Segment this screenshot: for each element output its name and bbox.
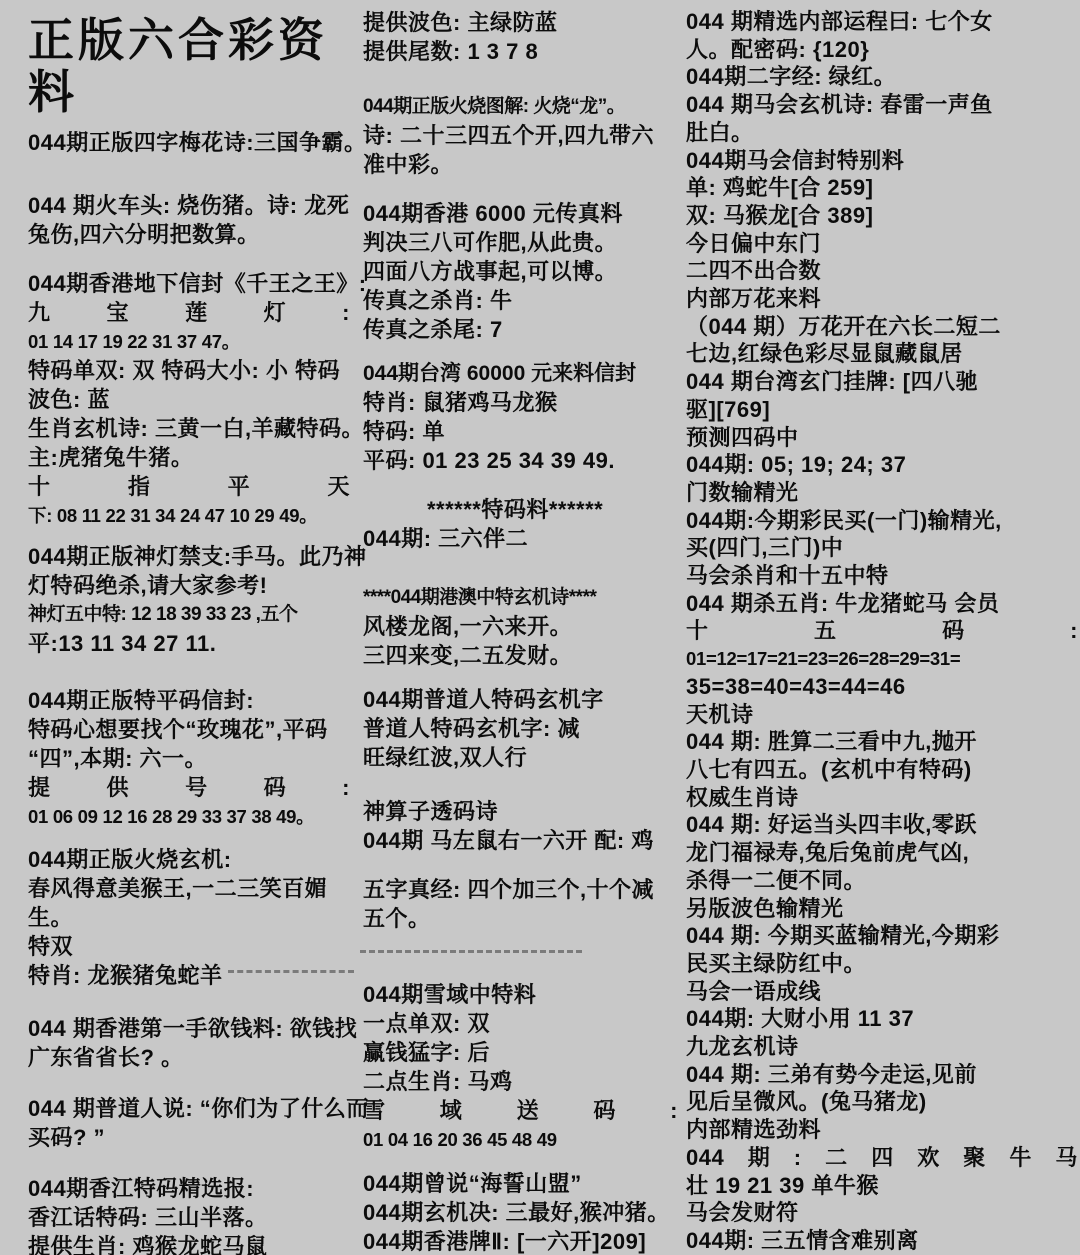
text-line: 044期正版四字梅花诗:三国争霸。 bbox=[28, 128, 350, 157]
text-line: 旺绿红波,双人行 bbox=[363, 743, 678, 772]
spread-token: 二 bbox=[825, 1144, 848, 1172]
text-block: 044期曾说“海誓山盟”044期玄机决: 三最好,猴冲猪。044期香港牌Ⅱ: [… bbox=[363, 1169, 678, 1255]
text-line: 十指平天 bbox=[28, 472, 350, 501]
scan-artifact-dashes bbox=[228, 970, 354, 973]
text-line: 提供波色: 主绿防蓝 bbox=[363, 8, 678, 37]
spread-token: 雪 bbox=[363, 1096, 386, 1125]
text-line: 权威生肖诗 bbox=[686, 784, 1078, 812]
text-line: 预测四码中 bbox=[686, 424, 1078, 452]
spread-token: 指 bbox=[128, 472, 151, 501]
spread-token: 十 bbox=[28, 472, 51, 501]
page-title: 正版六合彩资料 bbox=[28, 14, 350, 118]
spread-token: 欢 bbox=[917, 1144, 940, 1172]
text-line: 赢钱猛字: 后 bbox=[363, 1038, 678, 1067]
text-block: 正版六合彩资料 bbox=[28, 14, 350, 118]
text-line: （044 期）万花开在六长二短二 bbox=[686, 313, 1078, 341]
text-block: 044期正版火烧图解: 火烧“龙”。诗: 二十三四五个开,四九带六准中彩。 bbox=[363, 92, 678, 179]
spread-token: 码 bbox=[264, 773, 287, 802]
spread-token: 宝 bbox=[107, 298, 130, 327]
text-line: 提供号码: bbox=[28, 773, 350, 802]
text-line: 风楼龙阁,一六来开。 bbox=[363, 612, 678, 641]
text-line: 044 期: 胜算二三看中九,抛开 bbox=[686, 728, 1078, 756]
text-line: 春风得意美猴王,一二三笑百媚 bbox=[28, 874, 350, 903]
text-line: 门数输精光 bbox=[686, 479, 1078, 507]
text-line: 肚白。 bbox=[686, 119, 1078, 147]
text-line: 兔伤,四六分明把数算。 bbox=[28, 220, 350, 249]
text-line: 01 04 16 20 36 45 48 49 bbox=[363, 1125, 678, 1154]
text-line: 01=12=17=21=23=26=28=29=31= bbox=[686, 645, 1078, 673]
text-line: 特码心想要找个“玫瑰花”,平码 bbox=[28, 715, 350, 744]
spread-token: 莲 bbox=[185, 298, 208, 327]
text-block: ******特码料******044期: 三六伴二 bbox=[363, 495, 678, 553]
text-block: 044期雪域中特料一点单双: 双赢钱猛字: 后二点生肖: 马鸡雪域送码:01 0… bbox=[363, 980, 678, 1154]
spread-token: 期 bbox=[748, 1144, 771, 1172]
text-line: 01 06 09 12 16 28 29 33 37 38 49。 bbox=[28, 802, 350, 831]
text-line: 四面八方战事起,可以博。 bbox=[363, 257, 678, 286]
text-block: 044期香港地下信封《千王之王》:九宝莲灯:01 14 17 19 22 31 … bbox=[28, 269, 350, 530]
text-line: 044期: 05; 19; 24; 37 bbox=[686, 451, 1078, 479]
text-line: 一点单双: 双 bbox=[363, 1009, 678, 1038]
text-line: 另版波色输精光 bbox=[686, 895, 1078, 923]
text-line: 诗: 二十三四五个开,四九带六 bbox=[363, 121, 678, 150]
spread-token: 聚 bbox=[963, 1144, 986, 1172]
text-line: 九宝莲灯: bbox=[28, 298, 350, 327]
text-line: 五个。 bbox=[363, 904, 678, 933]
text-line: 七边,红绿色彩尽显鼠藏鼠居 bbox=[686, 340, 1078, 368]
text-line: 044期香江特码精选报: bbox=[28, 1174, 350, 1203]
text-line: 044期:今期彩民买(一门)输精光, bbox=[686, 507, 1078, 535]
text-line: 特肖: 鼠猪鸡马龙猴 bbox=[363, 388, 678, 417]
spread-token: 牛 bbox=[1009, 1144, 1032, 1172]
spread-token: : bbox=[342, 298, 350, 327]
text-block: 044期香江特码精选报:香江话特码: 三山半落。提供生肖: 鸡猴龙蛇马鼠 bbox=[28, 1174, 350, 1255]
text-line: 特码单双: 双 特码大小: 小 特码 bbox=[28, 356, 350, 385]
text-line: 二点生肖: 马鸡 bbox=[363, 1067, 678, 1096]
spread-token: 提 bbox=[28, 773, 51, 802]
text-line: 044 期台湾玄门挂牌: [四八驰 bbox=[686, 368, 1078, 396]
text-line: 人。配密码: {120} bbox=[686, 36, 1078, 64]
text-line: 生肖玄机诗: 三黄一白,羊藏特码。 bbox=[28, 414, 350, 443]
text-block: 五字真经: 四个加三个,十个减五个。 bbox=[363, 875, 678, 933]
column-left: 正版六合彩资料044期正版四字梅花诗:三国争霸。044 期火车头: 烧伤猪。诗:… bbox=[28, 14, 350, 1255]
text-line: 044期: 三五情含难别离 bbox=[686, 1227, 1078, 1255]
spread-token: : bbox=[794, 1144, 802, 1172]
text-block: ****044期港澳中特玄机诗****风楼龙阁,一六来开。三四来变,二五发财。 bbox=[363, 583, 678, 670]
text-line: 二四不出合数 bbox=[686, 257, 1078, 285]
text-line: 平码: 01 23 25 34 39 49. bbox=[363, 446, 678, 475]
text-line: 044 期普道人说: “你们为了什么而 bbox=[28, 1094, 350, 1123]
text-block: 044期正版特平码信封:特码心想要找个“玫瑰花”,平码“四”,本期: 六一。提供… bbox=[28, 686, 350, 831]
text-line: 今日偏中东门 bbox=[686, 230, 1078, 258]
spread-token: : bbox=[342, 773, 350, 802]
text-line: 044期: 大财小用 11 37 bbox=[686, 1005, 1078, 1033]
spread-token: : bbox=[670, 1096, 678, 1125]
text-line: 特肖: 龙猴猪兔蛇羊 bbox=[28, 961, 350, 990]
text-line: 044期香港 6000 元传真料 bbox=[363, 199, 678, 228]
text-line: 35=38=40=43=44=46 bbox=[686, 673, 1078, 701]
text-line: 五字真经: 四个加三个,十个减 bbox=[363, 875, 678, 904]
text-line: 044期雪域中特料 bbox=[363, 980, 678, 1009]
spread-token: 域 bbox=[440, 1096, 463, 1125]
text-line: 双: 马猴龙[合 389] bbox=[686, 202, 1078, 230]
text-line: 单: 鸡蛇牛[合 259] bbox=[686, 174, 1078, 202]
text-line: 主:虎猪兔牛猪。 bbox=[28, 443, 350, 472]
text-line: 买(四门,三门)中 bbox=[686, 534, 1078, 562]
spread-token: 四 bbox=[871, 1144, 894, 1172]
text-line: 广东省省长? 。 bbox=[28, 1043, 350, 1072]
text-line: 买码? ” bbox=[28, 1123, 350, 1152]
text-line: 下: 08 11 22 31 34 24 47 10 29 49。 bbox=[28, 501, 350, 530]
text-block: 044 期火车头: 烧伤猪。诗: 龙死兔伤,四六分明把数算。 bbox=[28, 191, 350, 249]
spread-token: 送 bbox=[517, 1096, 540, 1125]
text-block: 044期台湾 60000 元来料信封特肖: 鼠猪鸡马龙猴特码: 单平码: 01 … bbox=[363, 359, 678, 475]
text-line: 马会发财符 bbox=[686, 1199, 1078, 1227]
text-line: 044期正版神灯禁支:手马。此乃神 bbox=[28, 542, 350, 571]
scanned-lottery-sheet: 正版六合彩资料044期正版四字梅花诗:三国争霸。044 期火车头: 烧伤猪。诗:… bbox=[0, 0, 1080, 1255]
text-line: 三四来变,二五发财。 bbox=[363, 641, 678, 670]
text-line: 044期正版火烧玄机: bbox=[28, 845, 350, 874]
text-line: ******特码料****** bbox=[363, 495, 678, 524]
text-block: 044期正版四字梅花诗:三国争霸。 bbox=[28, 128, 350, 157]
text-line: 天机诗 bbox=[686, 701, 1078, 729]
text-line: 波色: 蓝 bbox=[28, 385, 350, 414]
spread-token: 号 bbox=[185, 773, 208, 802]
text-line: 雪域送码: bbox=[363, 1096, 678, 1125]
spread-token: 九 bbox=[28, 298, 51, 327]
text-line: 特码: 单 bbox=[363, 417, 678, 446]
text-line: 01 14 17 19 22 31 37 47。 bbox=[28, 327, 350, 356]
text-line: 驱][769] bbox=[686, 396, 1078, 424]
text-line: 神算子透码诗 bbox=[363, 797, 678, 826]
text-line: 壮 19 21 39 单牛猴 bbox=[686, 1172, 1078, 1200]
text-line: 044期曾说“海誓山盟” bbox=[363, 1169, 678, 1198]
text-block: 044 期香港第一手欲钱料: 欲钱找广东省省长? 。 bbox=[28, 1014, 350, 1072]
text-line: 准中彩。 bbox=[363, 150, 678, 179]
spread-token: 平 bbox=[228, 472, 251, 501]
text-line: “四”,本期: 六一。 bbox=[28, 744, 350, 773]
text-line: 044 期马会玄机诗: 春雷一声鱼 bbox=[686, 91, 1078, 119]
text-block: 神算子透码诗044期 马左鼠右一六开 配: 鸡 bbox=[363, 797, 678, 855]
text-line: 044 期精选内部运程曰: 七个女 bbox=[686, 8, 1078, 36]
text-line: 九龙玄机诗 bbox=[686, 1033, 1078, 1061]
text-line: 044期:二四欢聚牛马 bbox=[686, 1144, 1078, 1172]
text-line: 044期 马左鼠右一六开 配: 鸡 bbox=[363, 826, 678, 855]
column-middle: 提供波色: 主绿防蓝提供尾数: 1 3 7 8044期正版火烧图解: 火烧“龙”… bbox=[363, 8, 678, 1255]
text-line: 044期正版特平码信封: bbox=[28, 686, 350, 715]
text-line: 044 期: 好运当头四丰收,零跃 bbox=[686, 811, 1078, 839]
text-line: 传真之杀肖: 牛 bbox=[363, 286, 678, 315]
text-line: 044期香港牌Ⅱ: [一六开]209] bbox=[363, 1227, 678, 1255]
spread-token: 码 bbox=[593, 1096, 616, 1125]
text-line: ****044期港澳中特玄机诗**** bbox=[363, 583, 678, 612]
text-line: 044期: 三六伴二 bbox=[363, 524, 678, 553]
scan-artifact-dashes bbox=[360, 950, 582, 953]
text-line: 见后呈微风。(兔马猪龙) bbox=[686, 1088, 1078, 1116]
text-line: 香江话特码: 三山半落。 bbox=[28, 1203, 350, 1232]
text-line: 神灯五中特: 12 18 39 33 23 ,五个 bbox=[28, 600, 350, 629]
spread-token: 044 bbox=[686, 1144, 724, 1172]
text-line: 杀得一二便不同。 bbox=[686, 867, 1078, 895]
text-line: 044 期香港第一手欲钱料: 欲钱找 bbox=[28, 1014, 350, 1043]
spread-token: 供 bbox=[107, 773, 130, 802]
text-line: 044期香港地下信封《千王之王》: bbox=[28, 269, 350, 298]
text-line: 044期二字经: 绿红。 bbox=[686, 63, 1078, 91]
text-line: 提供生肖: 鸡猴龙蛇马鼠 bbox=[28, 1232, 350, 1255]
text-line: 044期台湾 60000 元来料信封 bbox=[363, 359, 678, 388]
text-line: 龙门福禄寿,兔后兔前虎气凶, bbox=[686, 839, 1078, 867]
text-line: 普道人特码玄机字: 减 bbox=[363, 714, 678, 743]
text-line: 044 期杀五肖: 牛龙猪蛇马 会员 bbox=[686, 590, 1078, 618]
text-line: 马会一语成线 bbox=[686, 978, 1078, 1006]
text-block: 提供波色: 主绿防蓝提供尾数: 1 3 7 8 bbox=[363, 8, 678, 66]
text-block: 044期正版火烧玄机:春风得意美猴王,一二三笑百媚生。特双特肖: 龙猴猪兔蛇羊 bbox=[28, 845, 350, 990]
text-line: 民买主绿防红中。 bbox=[686, 950, 1078, 978]
text-line: 判决三八可作肥,从此贵。 bbox=[363, 228, 678, 257]
spread-token: 五 bbox=[814, 617, 837, 645]
spread-token: 十 bbox=[686, 617, 709, 645]
spread-token: 码 bbox=[942, 617, 965, 645]
text-line: 八七有四五。(玄机中有特码) bbox=[686, 756, 1078, 784]
spread-token: 马 bbox=[1055, 1144, 1078, 1172]
text-line: 044期马会信封特别料 bbox=[686, 147, 1078, 175]
text-line: 044 期: 今期买蓝输精光,今期彩 bbox=[686, 922, 1078, 950]
spread-token: : bbox=[1070, 617, 1078, 645]
text-line: 044期正版火烧图解: 火烧“龙”。 bbox=[363, 92, 678, 121]
column-right: 044 期精选内部运程曰: 七个女人。配密码: {120}044期二字经: 绿红… bbox=[686, 8, 1078, 1255]
text-line: 马会杀肖和十五中特 bbox=[686, 562, 1078, 590]
text-line: 平:13 11 34 27 11. bbox=[28, 629, 350, 658]
text-line: 内部精选劲料 bbox=[686, 1116, 1078, 1144]
spread-token: 灯 bbox=[264, 298, 287, 327]
text-line: 044 期: 三弟有势今走运,见前 bbox=[686, 1061, 1078, 1089]
text-line: 044期玄机决: 三最好,猴冲猪。 bbox=[363, 1198, 678, 1227]
text-line: 生。 bbox=[28, 903, 350, 932]
text-line: 内部万花来料 bbox=[686, 285, 1078, 313]
text-line: 提供尾数: 1 3 7 8 bbox=[363, 37, 678, 66]
text-block: 044 期精选内部运程曰: 七个女人。配密码: {120}044期二字经: 绿红… bbox=[686, 8, 1078, 1255]
text-line: 特双 bbox=[28, 932, 350, 961]
text-line: 灯特码绝杀,请大家参考! bbox=[28, 571, 350, 600]
text-block: 044期普道人特码玄机字普道人特码玄机字: 减旺绿红波,双人行 bbox=[363, 685, 678, 772]
text-line: 十五码: bbox=[686, 617, 1078, 645]
spread-token: 天 bbox=[327, 472, 350, 501]
text-line: 044 期火车头: 烧伤猪。诗: 龙死 bbox=[28, 191, 350, 220]
text-block: 044期香港 6000 元传真料判决三八可作肥,从此贵。四面八方战事起,可以博。… bbox=[363, 199, 678, 344]
text-line: 传真之杀尾: 7 bbox=[363, 315, 678, 344]
text-line: 044期普道人特码玄机字 bbox=[363, 685, 678, 714]
text-block: 044期正版神灯禁支:手马。此乃神灯特码绝杀,请大家参考!神灯五中特: 12 1… bbox=[28, 542, 350, 658]
text-block: 044 期普道人说: “你们为了什么而买码? ” bbox=[28, 1094, 350, 1152]
